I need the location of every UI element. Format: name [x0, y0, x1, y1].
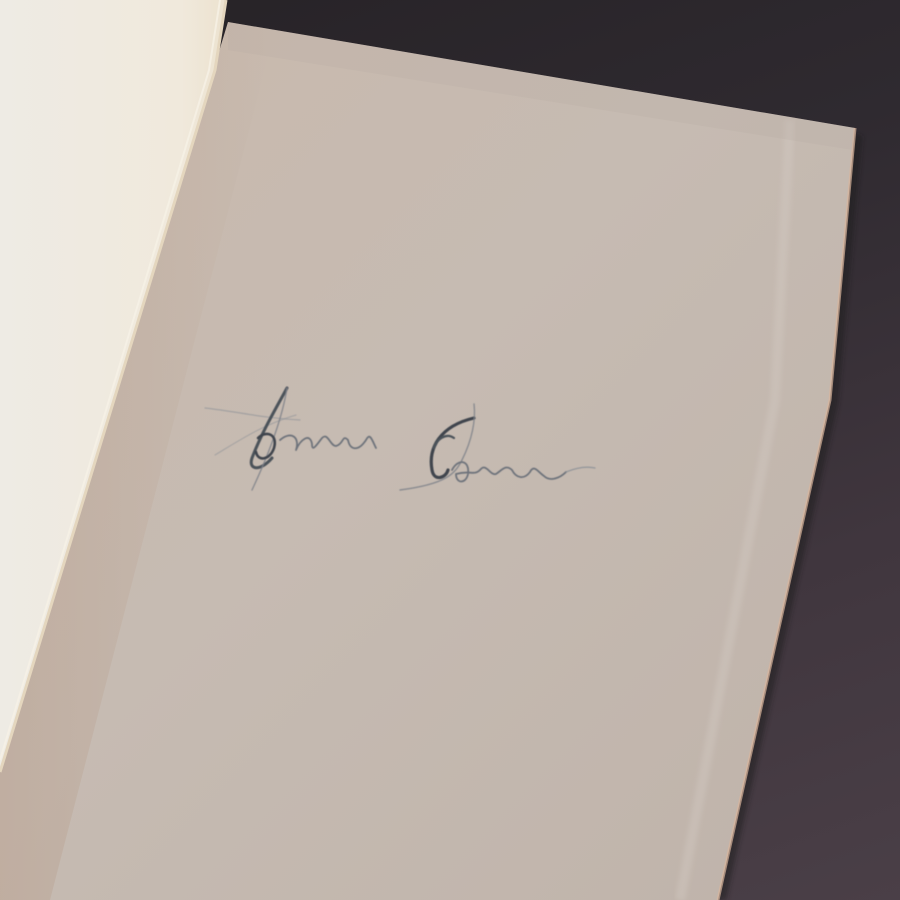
photo-scene: Agnes Vance: [0, 0, 900, 900]
book-illustration: [0, 0, 900, 900]
